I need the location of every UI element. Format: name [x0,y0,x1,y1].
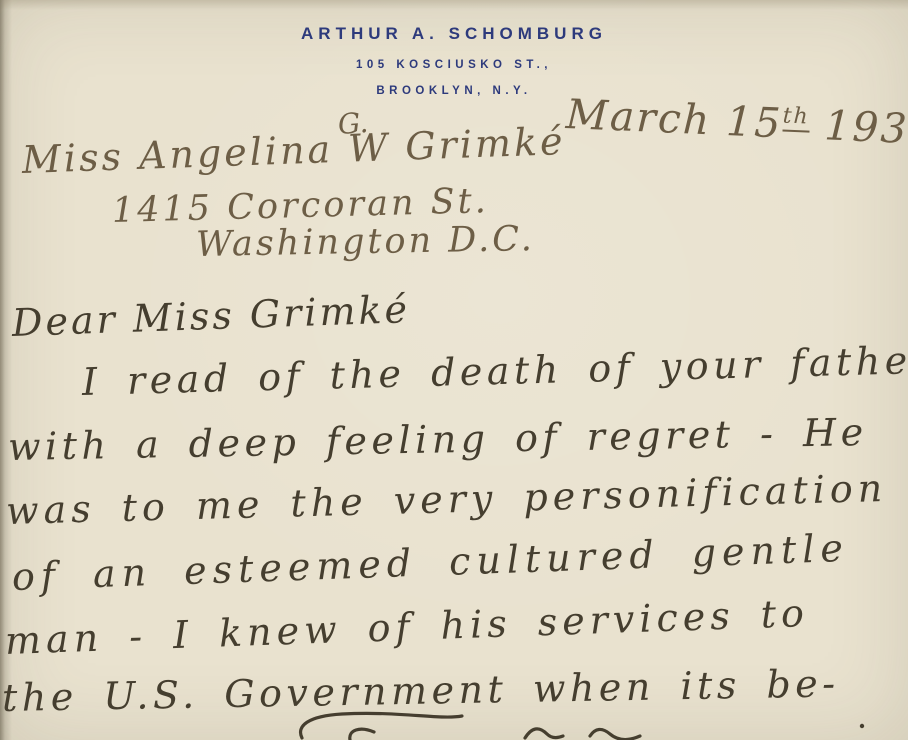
salutation: Dear Miss Grimké [11,289,410,345]
letterhead-street: 105 KOSCIUSKO ST., [0,59,908,71]
recipient-city: Washington D.C. [196,220,535,264]
letter-page: ARTHUR A. SCHOMBURG 105 KOSCIUSKO ST., B… [0,0,908,740]
body-line: I read of the death of your father [81,340,908,404]
cutoff-handwriting-strokes [290,700,908,740]
date-day: March 15 [565,90,783,147]
body-line: man - I knew of his services to [4,593,809,663]
handwritten-date: March 15th 1930 [565,92,908,153]
recipient-name: Miss Angelina W Grimké [21,121,566,182]
date-year: 1930 [823,101,908,154]
letterhead-city: BROOKLYN, N.Y. [0,85,908,97]
body-line: of an esteemed cultured gentle [11,528,849,599]
body-line: with a deep feeling of regret - He [8,412,868,469]
date-ordinal-suffix: th [782,104,810,133]
letterhead-name: ARTHUR A. SCHOMBURG [0,24,908,44]
body-line: was to me the very personification [5,468,887,533]
